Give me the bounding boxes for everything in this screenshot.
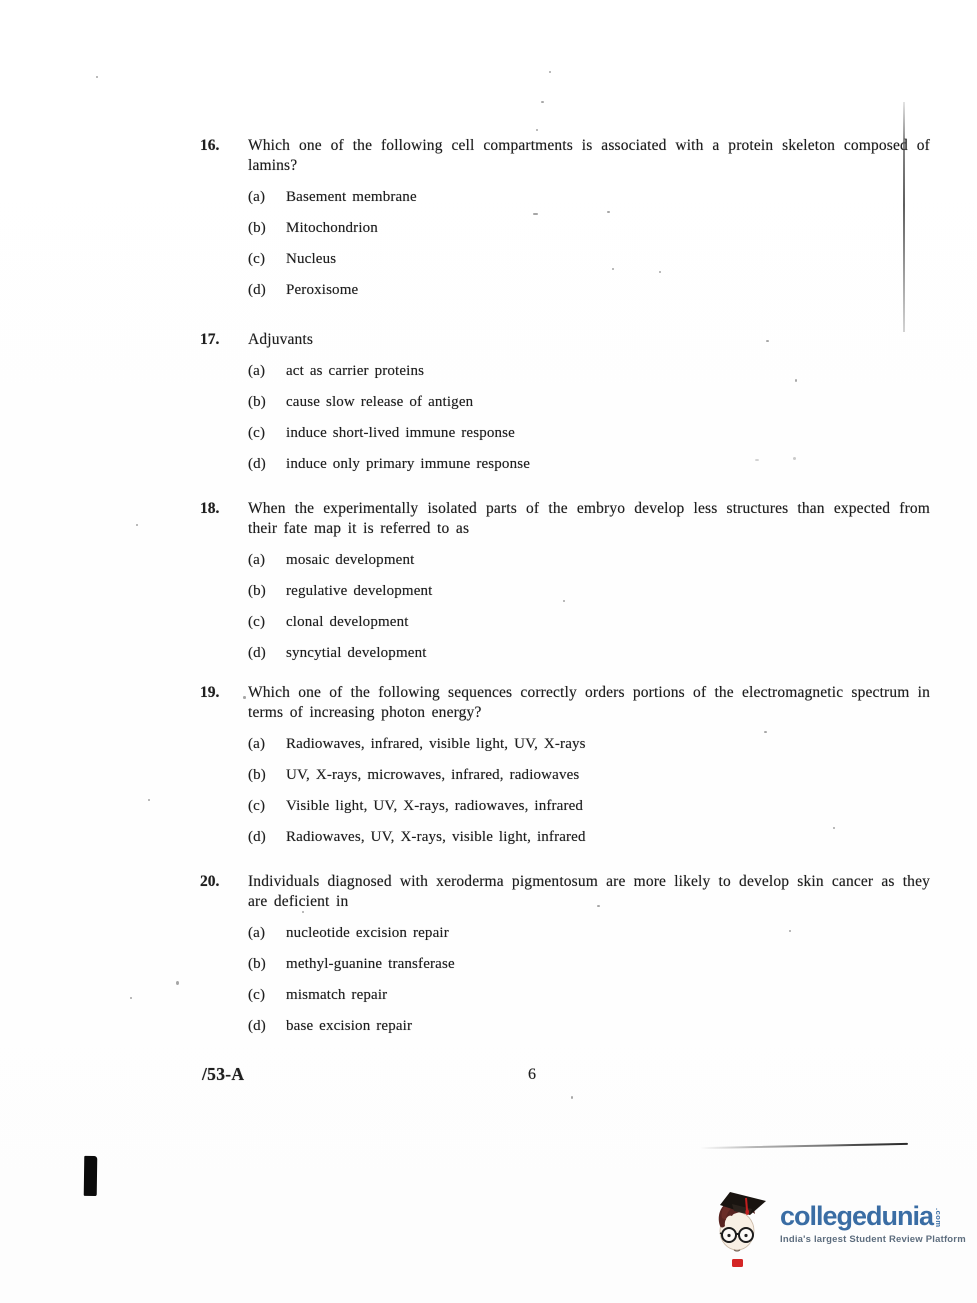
collegedunia-logo: collegedunia .com India's largest Studen… — [710, 1188, 966, 1268]
question-number: 19. — [200, 683, 219, 703]
scan-speck — [148, 799, 150, 801]
option-text: Visible light, UV, X-rays, radiowaves, i… — [286, 798, 583, 814]
scan-speck — [541, 101, 544, 103]
scan-speck — [607, 211, 610, 213]
paper-code: /53-A — [202, 1064, 244, 1085]
answer-option: (b) regulative development — [248, 581, 890, 601]
option-label: (d) — [248, 454, 266, 474]
option-label: (a) — [248, 361, 265, 381]
answer-option: (a) nucleotide excision repair — [248, 923, 890, 943]
scan-speck — [793, 457, 796, 460]
question-text: Individuals diagnosed with xeroderma pig… — [248, 872, 930, 912]
option-text: Basement membrane — [286, 189, 417, 205]
answer-option: (c) Visible light, UV, X-rays, radiowave… — [248, 796, 890, 816]
scan-speck — [659, 271, 661, 273]
option-text: Nucleus — [286, 251, 336, 267]
scan-artifact-streak — [700, 1143, 908, 1150]
question-block: 20. Individuals diagnosed with xeroderma… — [200, 872, 890, 1047]
scanned-exam-page: 16. Which one of the following cell comp… — [0, 0, 977, 1303]
scan-speck — [597, 905, 600, 907]
option-text: induce only primary immune response — [286, 456, 530, 472]
option-label: (c) — [248, 423, 265, 443]
option-label: (a) — [248, 550, 265, 570]
logo-text-block: collegedunia .com India's largest Studen… — [780, 1202, 966, 1245]
option-text: act as carrier proteins — [286, 363, 424, 379]
option-text: Mitochondrion — [286, 220, 378, 236]
answer-option: (b) Mitochondrion — [248, 218, 890, 238]
option-text: induce short-lived immune response — [286, 425, 515, 441]
scan-speck — [243, 696, 246, 699]
option-text: mismatch repair — [286, 987, 387, 1003]
option-label: (d) — [248, 1016, 266, 1036]
option-text: cause slow release of antigen — [286, 394, 473, 410]
question-head: 19. Which one of the following sequences… — [200, 683, 930, 723]
scan-speck — [130, 997, 132, 999]
scan-speck — [766, 340, 769, 342]
logo-tagline: India's largest Student Review Platform — [780, 1234, 966, 1245]
mascot-graduate-icon — [710, 1188, 776, 1268]
option-text: base excision repair — [286, 1018, 412, 1034]
scan-speck — [536, 129, 538, 131]
scan-speck — [795, 379, 797, 382]
options-list: (a) mosaic development (b) regulative de… — [200, 550, 890, 663]
answer-option: (c) induce short-lived immune response — [248, 423, 890, 443]
option-label: (a) — [248, 734, 265, 754]
question-block: 18. When the experimentally isolated par… — [200, 499, 890, 674]
option-label: (c) — [248, 249, 265, 269]
answer-option: (c) Nucleus — [248, 249, 890, 269]
scan-speck — [755, 459, 759, 461]
question-text: When the experimentally isolated parts o… — [248, 499, 930, 539]
question-text: Which one of the following cell compartm… — [248, 136, 930, 176]
option-label: (d) — [248, 643, 266, 663]
option-label: (b) — [248, 581, 266, 601]
question-text: Which one of the following sequences cor… — [248, 683, 930, 723]
answer-option: (a) Radiowaves, infrared, visible light,… — [248, 734, 890, 754]
question-block: 19. Which one of the following sequences… — [200, 683, 890, 858]
option-label: (a) — [248, 187, 265, 207]
scan-speck — [136, 524, 138, 526]
options-list: (a) nucleotide excision repair (b) methy… — [200, 923, 890, 1036]
option-label: (c) — [248, 612, 265, 632]
scan-speck — [533, 213, 538, 215]
question-head: 16. Which one of the following cell comp… — [200, 136, 930, 176]
option-text: Peroxisome — [286, 282, 358, 298]
options-list: (a) Radiowaves, infrared, visible light,… — [200, 734, 890, 847]
question-head: 17. Adjuvants — [200, 330, 930, 350]
scan-speck — [571, 1096, 573, 1099]
scan-speck — [302, 911, 304, 913]
question-head: 18. When the experimentally isolated par… — [200, 499, 930, 539]
answer-option: (a) mosaic development — [248, 550, 890, 570]
answer-option: (d) Peroxisome — [248, 280, 890, 300]
option-text: nucleotide excision repair — [286, 925, 449, 941]
answer-option: (a) Basement membrane — [248, 187, 890, 207]
answer-option: (a) act as carrier proteins — [248, 361, 890, 381]
answer-option: (b) methyl-guanine transferase — [248, 954, 890, 974]
option-label: (c) — [248, 985, 265, 1005]
option-text: mosaic development — [286, 552, 414, 568]
question-number: 16. — [200, 136, 219, 156]
option-label: (a) — [248, 923, 265, 943]
option-text: regulative development — [286, 583, 433, 599]
option-label: (d) — [248, 280, 266, 300]
answer-option: (b) cause slow release of antigen — [248, 392, 890, 412]
option-text: Radiowaves, infrared, visible light, UV,… — [286, 736, 586, 752]
option-label: (c) — [248, 796, 265, 816]
option-label: (b) — [248, 392, 266, 412]
scan-speck — [789, 930, 791, 932]
options-list: (a) Basement membrane (b) Mitochondrion … — [200, 187, 890, 300]
logo-wordmark: collegedunia — [780, 1202, 933, 1230]
question-head: 20. Individuals diagnosed with xeroderma… — [200, 872, 930, 912]
answer-option: (d) syncytial development — [248, 643, 890, 663]
question-number: 20. — [200, 872, 219, 892]
question-block: 16. Which one of the following cell comp… — [200, 136, 890, 311]
answer-option: (c) mismatch repair — [248, 985, 890, 1005]
question-block: 17. Adjuvants (a) act as carrier protein… — [200, 330, 890, 485]
answer-option: (d) base excision repair — [248, 1016, 890, 1036]
option-text: clonal development — [286, 614, 409, 630]
answer-option: (c) clonal development — [248, 612, 890, 632]
option-text: methyl-guanine transferase — [286, 956, 455, 972]
question-number: 18. — [200, 499, 219, 519]
option-text: UV, X-rays, microwaves, infrared, radiow… — [286, 767, 579, 783]
option-label: (d) — [248, 827, 266, 847]
scan-speck — [764, 731, 767, 733]
option-label: (b) — [248, 954, 266, 974]
page-number: 6 — [528, 1066, 536, 1084]
scan-speck — [563, 600, 565, 602]
option-label: (b) — [248, 218, 266, 238]
answer-option: (d) Radiowaves, UV, X-rays, visible ligh… — [248, 827, 890, 847]
option-label: (b) — [248, 765, 266, 785]
option-text: Radiowaves, UV, X-rays, visible light, i… — [286, 829, 586, 845]
logo-domain-suffix: .com — [934, 1208, 943, 1228]
scan-speck — [176, 981, 179, 985]
question-number: 17. — [200, 330, 219, 350]
question-text: Adjuvants — [248, 330, 930, 350]
scan-speck — [833, 827, 835, 829]
options-list: (a) act as carrier proteins (b) cause sl… — [200, 361, 890, 474]
option-text: syncytial development — [286, 645, 427, 661]
scan-speck — [96, 76, 98, 78]
scan-artifact-ink-blob — [84, 1156, 98, 1196]
scan-artifact-vertical-line — [903, 102, 905, 332]
scan-speck — [612, 268, 614, 270]
scan-speck — [549, 71, 551, 73]
answer-option: (b) UV, X-rays, microwaves, infrared, ra… — [248, 765, 890, 785]
